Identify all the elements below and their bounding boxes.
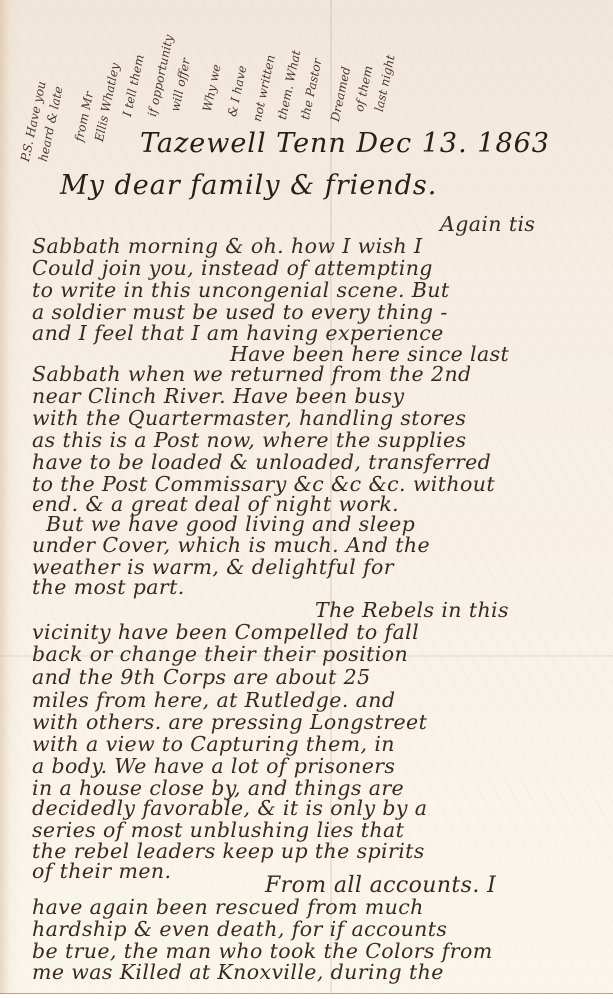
letter-line: vicinity have been Compelled to fall [32, 622, 419, 643]
letter-line: a body. We have a lot of prisoners [32, 756, 395, 777]
letter-line: as this is a Post now, where the supplie… [32, 430, 466, 451]
letter-salutation: My dear family & friends. [60, 170, 437, 201]
letter-line: But we have good living and sleep [46, 514, 415, 535]
letter-line: decidedly favorable, & it is only by a [32, 798, 427, 819]
letter-line: under Cover, which is much. And the [32, 535, 430, 556]
letter-line: Could join you, instead of attempting [32, 258, 433, 279]
letter-line: hardship & even death, for if accounts [32, 919, 447, 940]
letter-place-date: Tazewell Tenn Dec 13. 1863 [140, 128, 550, 159]
letter-line: miles from here, at Rutledge. and [32, 690, 395, 711]
letter-line: with the Quartermaster, handling stores [32, 408, 466, 429]
letter-page: P.S. Have you heard & late from Mr Ellis… [0, 0, 613, 993]
letter-line: From all accounts. I [265, 875, 496, 897]
letter-line: have to be loaded & unloaded, transferre… [32, 452, 491, 473]
letter-line: series of most unblushing lies that [32, 820, 404, 841]
letter-line: and I feel that I am having experience [32, 323, 444, 344]
letter-line: to write in this uncongenial scene. But [32, 280, 450, 301]
letter-line: a soldier must be used to every thing - [32, 302, 448, 323]
letter-line: me was Killed at Knoxville, during the [32, 962, 444, 983]
letter-line: have again been rescued from much [32, 897, 424, 918]
letter-line: Sabbath morning & oh. how I wish I [32, 236, 422, 257]
letter-line: with a view to Capturing them, in [32, 734, 395, 755]
letter-line: and the 9th Corps are about 25 [32, 667, 371, 688]
letter-line: near Clinch River. Have been busy [32, 386, 404, 407]
letter-line: be true, the man who took the Colors fro… [32, 941, 493, 962]
letter-line: Sabbath when we returned from the 2nd [32, 364, 472, 385]
letter-line: back or change their their position [32, 644, 408, 665]
letter-line: with others. are pressing Longstreet [32, 712, 427, 733]
letter-line: of their men. [32, 861, 171, 882]
letter-line: The Rebels in this [315, 600, 509, 621]
page-bottom-edge [0, 993, 613, 999]
letter-line: Again tis [440, 214, 535, 235]
letter-line: the most part. [32, 577, 185, 598]
